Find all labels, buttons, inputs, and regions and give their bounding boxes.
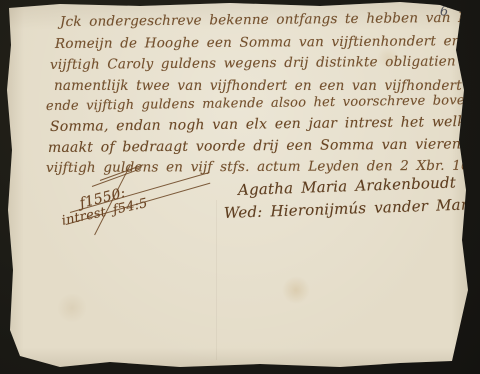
manuscript-line: ende vijftigh guldens makende alsoo het … [46,92,480,114]
signature-line: Agatha Maria Arakenboudt [238,173,457,199]
signature-line: Wed: Hieronijmús vander Marck [224,195,480,222]
manuscript-line: Jck ondergeschreve bekenne ontfangs te h… [60,9,480,30]
manuscript-line: maakt of bedraagt voorde drij een Somma … [48,136,471,156]
paper-crease [216,200,217,360]
manuscript-photo: Jck ondergeschreve bekenne ontfangs te h… [0,0,480,374]
page-number-mark: 6 [439,4,449,20]
paper-sheet: Jck ondergeschreve bekenne ontfangs te h… [0,0,480,374]
manuscript-line: vijftigh guldens en vijf stfs. actum Ley… [46,158,480,176]
manuscript-line: vijftigh Caroly guldens wegens drij dist… [50,53,480,73]
manuscript-line: Somma, endan nogh van elx een jaar intre… [50,114,466,135]
manuscript-line: Romeijn de Hooghe een Somma van vijftien… [55,33,478,52]
manuscript-line: namentlijk twee van vijfhondert en een v… [54,78,462,94]
